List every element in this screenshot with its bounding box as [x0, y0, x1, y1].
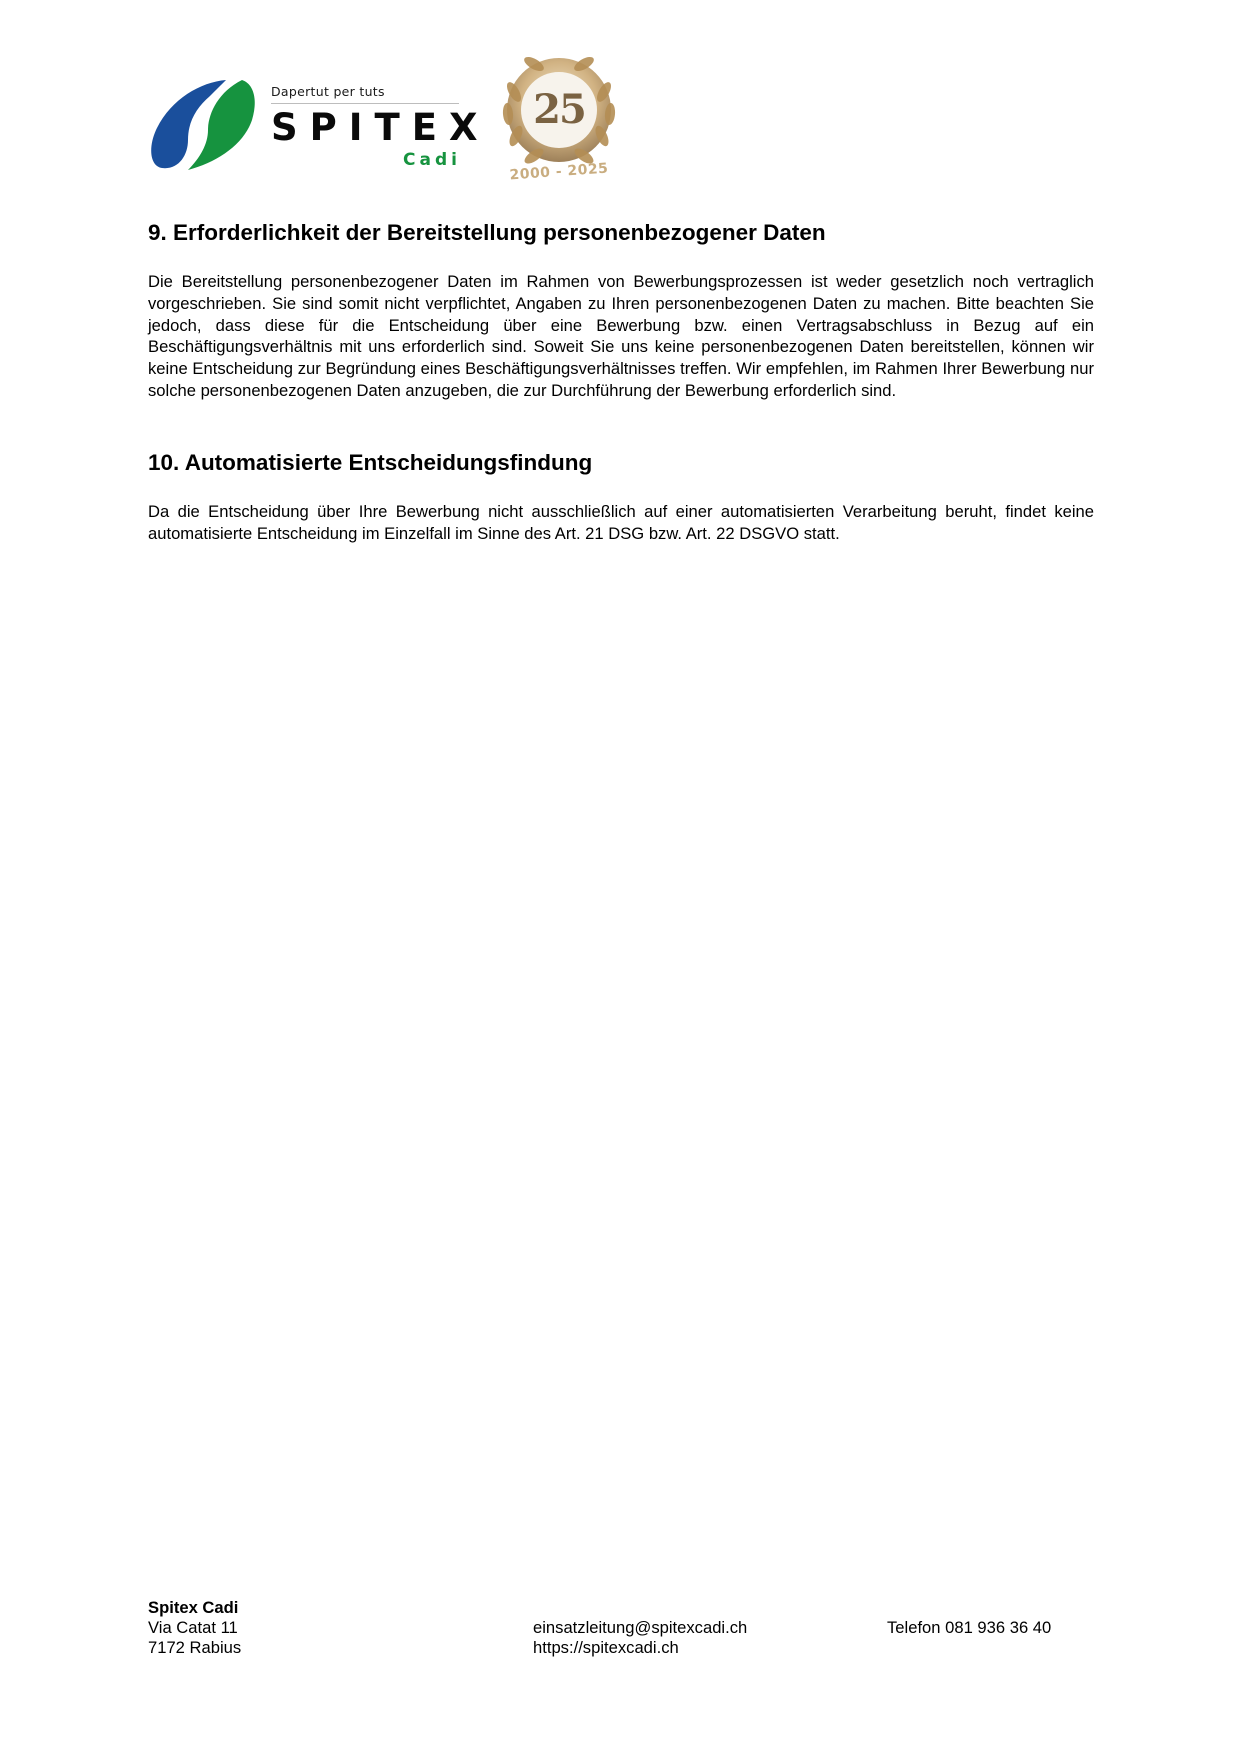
footer-street: Via Catat 11: [148, 1618, 241, 1638]
brand-wordmark: Dapertut per tuts SPITEX Cadi: [271, 84, 461, 170]
footer-organization: Spitex Cadi: [148, 1598, 241, 1618]
brand-sub-name: Cadi: [271, 150, 461, 170]
footer-address: Spitex Cadi Via Catat 11 7172 Rabius: [148, 1598, 241, 1658]
brand-name: SPITEX: [271, 108, 461, 148]
footer-phone: Telefon 081 936 36 40: [887, 1618, 1051, 1638]
brand-tagline: Dapertut per tuts: [271, 84, 459, 104]
footer-city: 7172 Rabius: [148, 1638, 241, 1658]
badge-number: 25: [494, 86, 624, 133]
footer-contact: einsatzleitung@spitexcadi.ch https://spi…: [533, 1618, 747, 1658]
section-heading: 10. Automatisierte Entscheidungsfindung: [148, 449, 592, 477]
footer-email[interactable]: einsatzleitung@spitexcadi.ch: [533, 1618, 747, 1638]
section-heading: 9. Erforderlichkeit der Bereitstellung p…: [148, 219, 826, 247]
document-page: Dapertut per tuts SPITEX Cadi: [0, 0, 1240, 1754]
footer-phone-block: Telefon 081 936 36 40: [887, 1618, 1051, 1638]
footer-website[interactable]: https://spitexcadi.ch: [533, 1638, 747, 1658]
anniversary-badge: 25 2000 - 2025: [494, 52, 624, 190]
spitex-swoosh-logo-icon: [148, 78, 258, 172]
section-paragraph: Da die Entscheidung über Ihre Bewerbung …: [148, 501, 1094, 545]
section-paragraph: Die Bereitstellung personenbezogener Dat…: [148, 271, 1094, 402]
